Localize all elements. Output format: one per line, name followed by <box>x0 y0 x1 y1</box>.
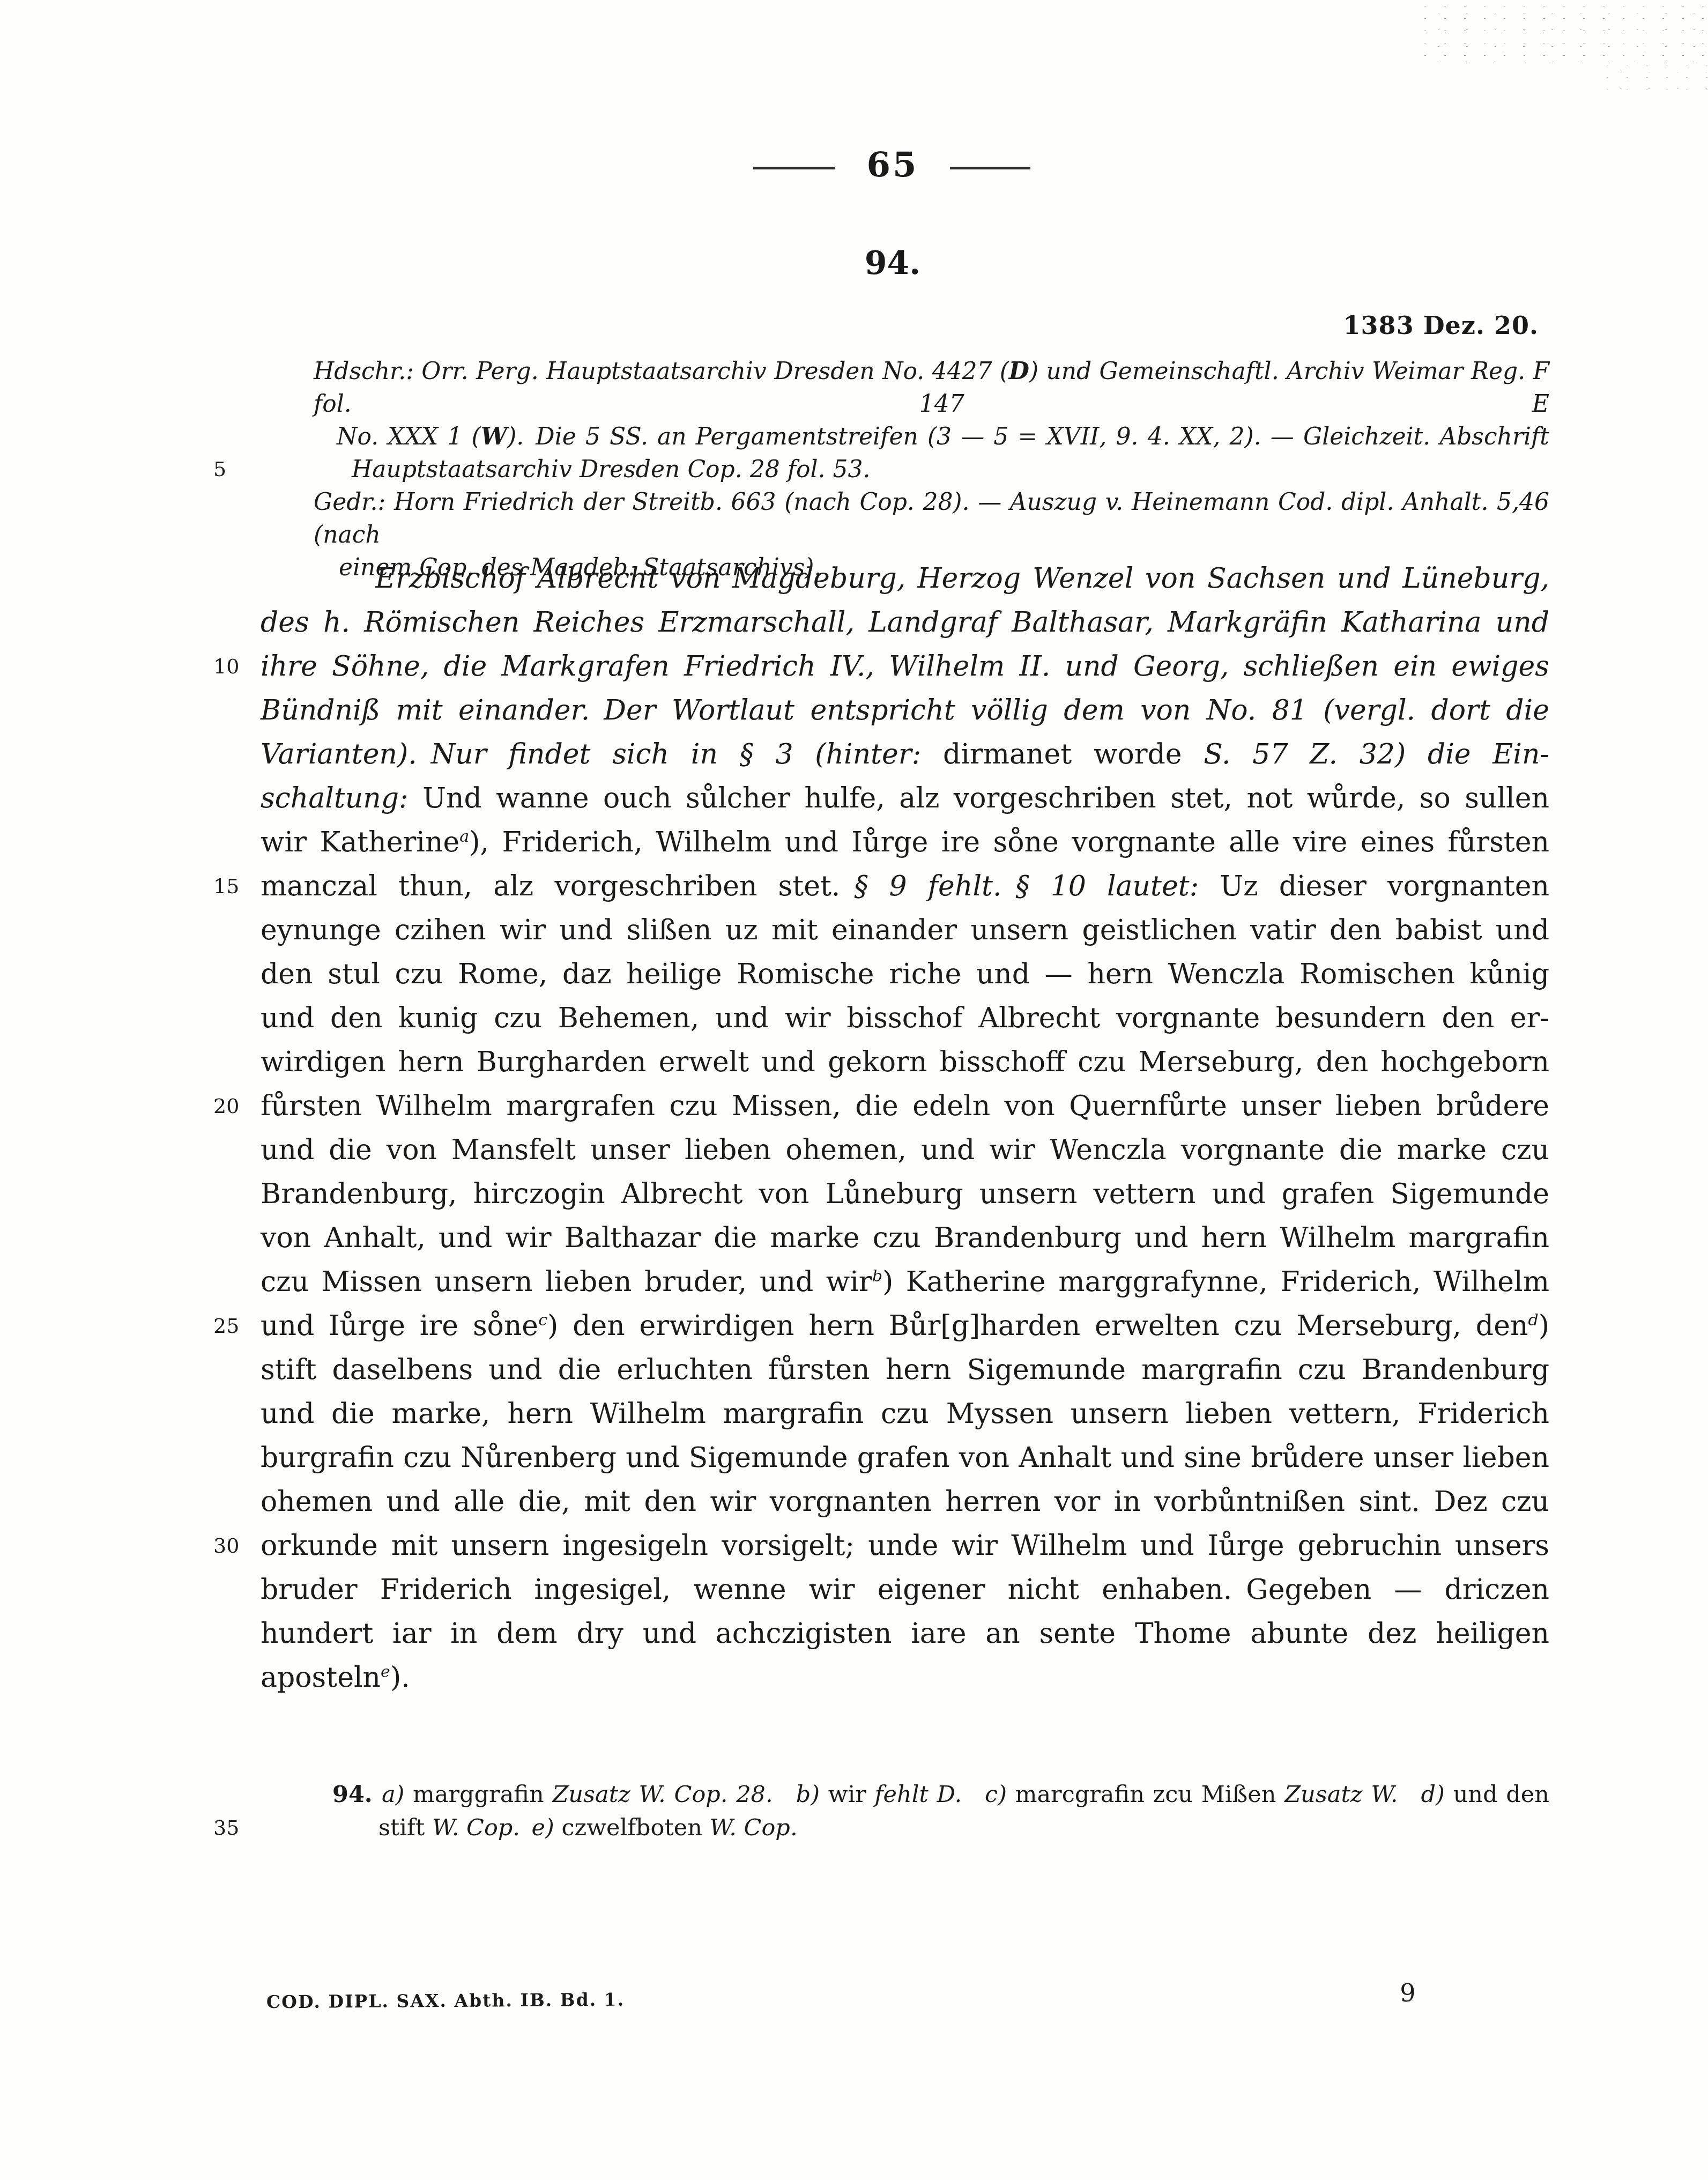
scan-noise <box>1598 59 1708 91</box>
text-line: 5Hauptstaatsarchiv Dresden Cop. 28 fol. … <box>213 453 1549 486</box>
margin-line-number: 20 <box>213 1084 246 1128</box>
regest-block: Erzbischof Albrecht von Magdeburg, Herzo… <box>213 557 1549 1700</box>
margin-line-number: 30 <box>213 1524 246 1568</box>
text-line: Varianten). Nur findet sich in § 3 (hint… <box>213 732 1549 776</box>
text-line: No. XXX 1 (W). Die 5 SS. an Pergamentstr… <box>213 420 1549 453</box>
text-line: 30orkunde mit unsern ingesigeln vorsigel… <box>213 1524 1549 1568</box>
margin-line-number: 35 <box>213 1811 246 1844</box>
text-line: eynunge czihen wir und slißen uz mit ein… <box>213 908 1549 952</box>
text-line: Hdschr.: Orr. Perg. Hauptstaatsarchiv Dr… <box>213 355 1549 420</box>
footnote-block: 94. a) marggrafin Zusatz W. Cop. 28. b) … <box>213 1778 1549 1844</box>
document-number: 94. <box>828 244 957 282</box>
text-line: hundert iar in dem dry und achczigisten … <box>213 1612 1549 1656</box>
text-line: den stul czu Rome, daz heilige Romische … <box>213 952 1549 996</box>
page-scan: 65 94. 1383 Dez. 20. Hdschr.: Orr. Perg.… <box>0 0 1708 2180</box>
text-line: Bündniß mit einander. Der Wortlaut entsp… <box>213 688 1549 732</box>
header-rule-right <box>950 167 1030 169</box>
text-line: wir Katherinea), Friderich, Wilhelm und … <box>213 820 1549 864</box>
text-line: 15manczal thun, alz vorgeschriben stet. … <box>213 864 1549 908</box>
text-line: bruder Friderich ingesigel, wenne wir ei… <box>213 1568 1549 1612</box>
text-line: czu Missen unsern lieben bruder, und wir… <box>213 1260 1549 1304</box>
text-line: Brandenburg, hirczogin Albrecht von Lůne… <box>213 1172 1549 1216</box>
document-date: 1383 Dez. 20. <box>1343 311 1539 340</box>
text-line: des h. Römischen Reiches Erzmarschall, L… <box>213 600 1549 644</box>
footer-signature: COD. DIPL. SAX. Abth. IB. Bd. 1. <box>266 1989 625 2013</box>
text-line: ohemen und alle die, mit den wir vorgnan… <box>213 1480 1549 1524</box>
text-line: schaltung: Und wanne ouch sůlcher hulfe,… <box>213 776 1549 820</box>
footer-page-number: 9 <box>1386 1978 1429 2007</box>
text-line: Gedr.: Horn Friedrich der Streitb. 663 (… <box>213 486 1549 551</box>
text-line: und die marke, hern Wilhelm margrafin cz… <box>213 1392 1549 1436</box>
text-line: von Anhalt, und wir Balthazar die marke … <box>213 1216 1549 1260</box>
text-line: 20fůrsten Wilhelm margrafen czu Missen, … <box>213 1084 1549 1128</box>
text-line: 25und Iůrge ire so̊nec) den erwirdigen h… <box>213 1304 1549 1348</box>
text-line: und die von Mansfelt unser lieben ohemen… <box>213 1128 1549 1172</box>
text-line: 35stift W. Cop. e) czwelfboten W. Cop. <box>213 1811 1549 1844</box>
text-line: 10ihre Söhne, die Markgrafen Friedrich I… <box>213 644 1549 688</box>
text-line: apostelne). <box>213 1656 1549 1700</box>
text-line: stift daselbens und die erluchten fůrste… <box>213 1348 1549 1392</box>
margin-line-number: 15 <box>213 864 246 908</box>
margin-line-number: 5 <box>213 453 246 486</box>
margin-line-number: 10 <box>213 644 246 688</box>
margin-line-number: 25 <box>213 1304 246 1348</box>
source-block: Hdschr.: Orr. Perg. Hauptstaatsarchiv Dr… <box>213 355 1549 584</box>
text-line: wirdigen hern Burgharden erwelt und geko… <box>213 1040 1549 1084</box>
header-rule-left <box>753 167 835 169</box>
scan-noise <box>1415 0 1708 64</box>
text-line: 94. a) marggrafin Zusatz W. Cop. 28. b) … <box>213 1778 1549 1811</box>
text-line: burgrafin czu Nůrenberg und Sigemunde gr… <box>213 1436 1549 1480</box>
text-line: Erzbischof Albrecht von Magdeburg, Herzo… <box>213 557 1549 600</box>
text-line: und den kunig czu Behemen, und wir bissc… <box>213 996 1549 1040</box>
page-number: 65 <box>836 145 949 185</box>
